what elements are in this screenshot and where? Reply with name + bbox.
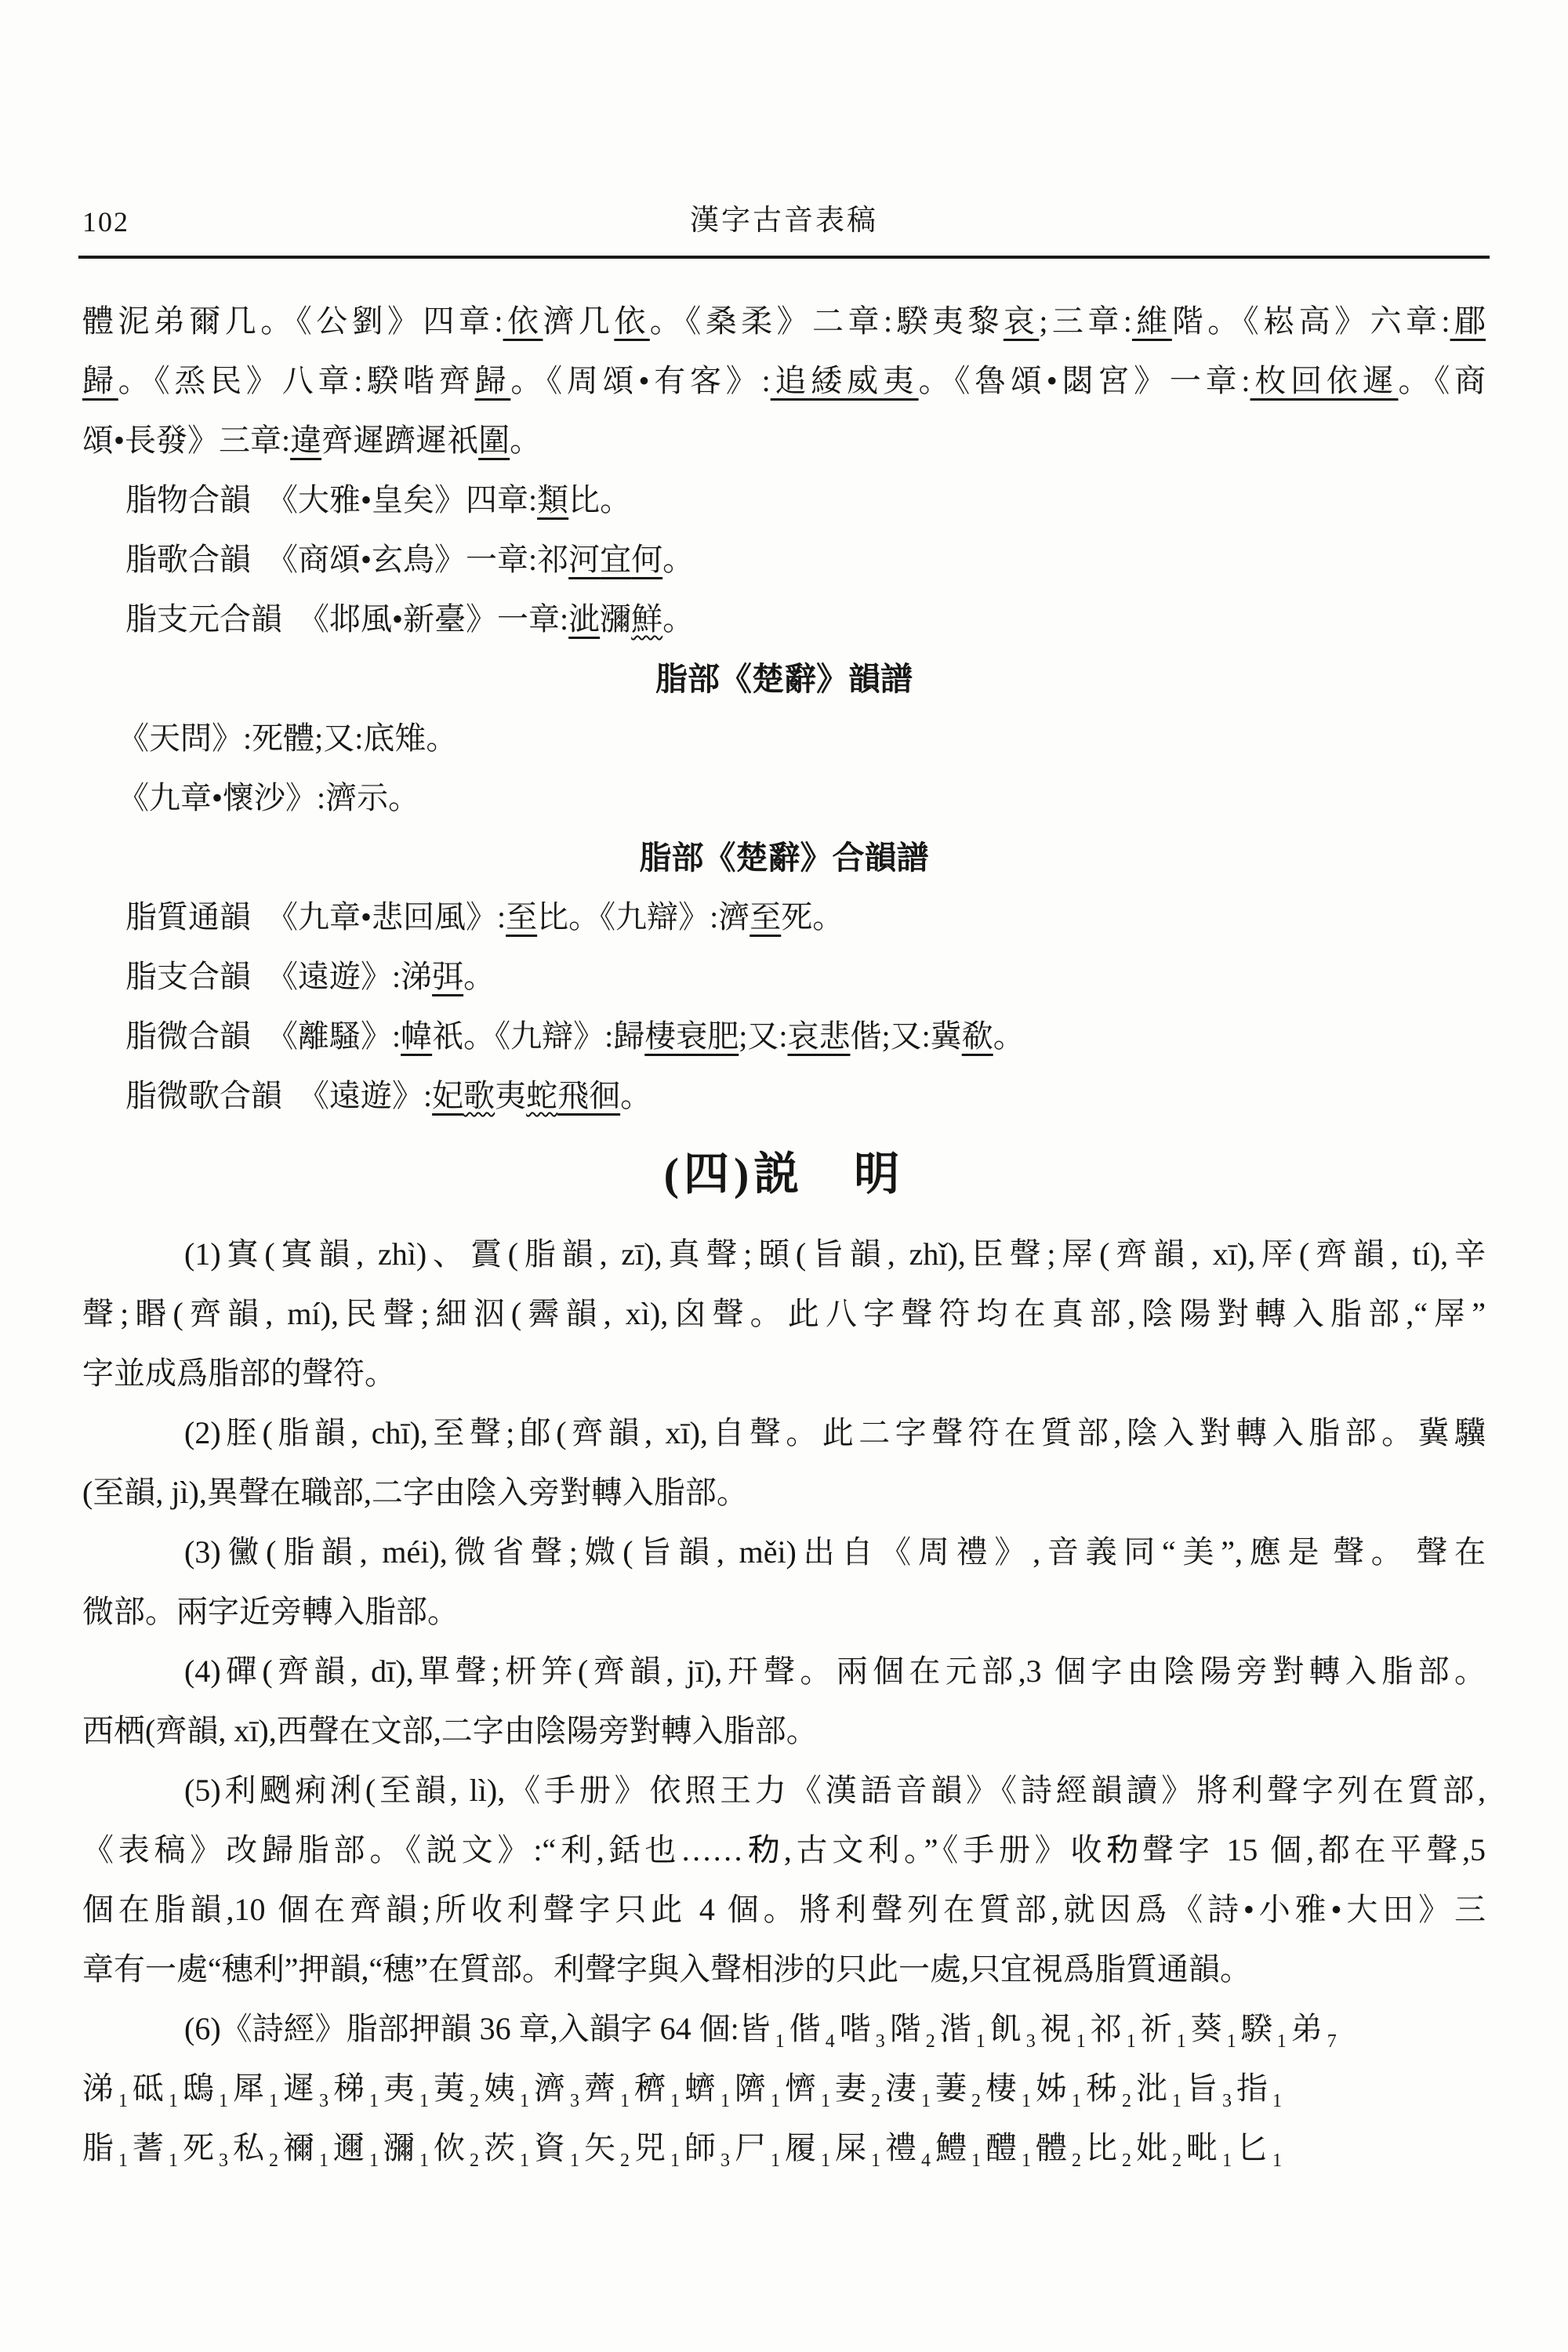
note-paragraph-line: 字並成爲脂部的聲符。 — [82, 1344, 1486, 1403]
note-paragraph-line: (6)《詩經》脂部押韻 36 章,入韻字 64 個:皆1偕4喈3階2湝1飢3視1… — [82, 1999, 1486, 2059]
rhyme-char-count-line: 脂1蓍1死3私2禰1邇1瀰1佽2茨1資1矢2兕1師3尸1履1屎1禮4鱧1醴1體2… — [82, 2118, 1486, 2178]
heyun-entry: 脂支元合韻 《邶風•新臺》一章:泚瀰鮮。 — [82, 590, 1486, 649]
note-paragraph-line: (2)胵(脂韻, chī),至聲;郋(齊韻, xī),自聲。此二字聲符在質部,陰… — [82, 1403, 1486, 1463]
note-paragraph-line: (3)黴(脂韻, méi),微省聲;媺(旨韻, měi)出自《周禮》,音義同“美… — [82, 1523, 1486, 1582]
note-paragraph-line: (1)寘(寘韻, zhì)、霣(脂韻, zī),真聲;頣(旨韻, zhǐ),臣聲… — [82, 1225, 1486, 1284]
note-paragraph-line: 西栖(齊韻, xī),西聲在文部,二字由陰陽旁對轉入脂部。 — [82, 1701, 1486, 1761]
page-header: 102 漢字古音表稿 — [82, 201, 1486, 245]
note-paragraph-line: (5)利颲痢浰(至韻, lì),《手册》依照王力《漢語音韻》《詩經韻讀》將利聲字… — [82, 1761, 1486, 1820]
shijing-rhyme-line: 體泥弟爾几。《公劉》四章:依濟几依。《桑柔》二章:騤夷黎哀;三章:維階。《崧高》… — [82, 292, 1486, 351]
note-paragraph-line: (4)磾(齊韻, dī),單聲;枅笄(齊韻, jī),幵聲。兩個在元部,3 個字… — [82, 1642, 1486, 1701]
section-heading: 脂部《楚辭》合韻譜 — [82, 828, 1486, 887]
shijing-rhyme-line: 頌•長發》三章:違齊遲躋遲祇圍。 — [82, 411, 1486, 470]
heyun-entry: 脂物合韻 《大雅•皇矣》四章:類比。 — [82, 470, 1486, 530]
heyun-entry: 脂微歌合韻 《遠遊》:妃歌夷蛇飛徊。 — [82, 1066, 1486, 1126]
book-page: 102 漢字古音表稿 體泥弟爾几。《公劉》四章:依濟几依。《桑柔》二章:騤夷黎哀… — [0, 0, 1568, 2352]
heyun-entry: 脂質通韻 《九章•悲回風》:至比。《九辯》:濟至死。 — [82, 887, 1486, 947]
heyun-entry: 脂歌合韻 《商頌•玄鳥》一章:祁河宜何。 — [82, 530, 1486, 590]
content: 體泥弟爾几。《公劉》四章:依濟几依。《桑柔》二章:騤夷黎哀;三章:維階。《崧高》… — [82, 292, 1486, 2178]
note-paragraph-line: 章有一處“穗利”押韻,“穗”在質部。利聲字與入聲相涉的只此一處,只宜視爲脂質通韻… — [82, 1940, 1486, 1999]
section-heading: 脂部《楚辭》韻譜 — [82, 649, 1486, 709]
chuci-entry: 《天問》:死體;又:底雉。 — [82, 709, 1486, 768]
chuci-entry: 《九章•懷沙》:濟示。 — [82, 768, 1486, 828]
page-number: 102 — [82, 205, 129, 238]
chapter-heading: (四)説 明 — [82, 1132, 1486, 1217]
heyun-entry: 脂支合韻 《遠遊》:涕弭。 — [82, 947, 1486, 1007]
note-paragraph-line: 個在脂韻,10 個在齊韻;所收利聲字只此 4 個。將利聲列在質部,就因爲《詩•小… — [82, 1880, 1486, 1940]
header-rule — [78, 256, 1490, 259]
note-paragraph-line: 微部。兩字近旁轉入脂部。 — [82, 1582, 1486, 1642]
running-title: 漢字古音表稿 — [690, 196, 878, 238]
rhyme-char-count-line: 涕1砥1鴟1犀1遲3稊1夷1荑2姨1濟3薺1穧1蠐1隮1懠1妻2淒1萋2棲1姊1… — [82, 2059, 1486, 2118]
heyun-entry: 脂微合韻 《離騷》:幃祇。《九辯》:歸棲衰肥;又:哀悲偕;又:冀欷。 — [82, 1007, 1486, 1066]
shijing-rhyme-line: 歸。《烝民》八章:騤喈齊歸。《周頌•有客》:追緌威夷。《魯頌•閟宮》一章:枚回依… — [82, 351, 1486, 411]
note-paragraph-line: (至韻, jì),異聲在職部,二字由陰入旁對轉入脂部。 — [82, 1463, 1486, 1523]
note-paragraph-line: 聲;䁕(齊韻, mí),民聲;細泅(霽韻, xì),囟聲。此八字聲符均在真部,陰… — [82, 1284, 1486, 1344]
note-paragraph-line: 《表稿》改歸脂部。《説文》:“利,銛也……𥝢,古文利。”《手册》收𥝢聲字 15 … — [82, 1820, 1486, 1880]
